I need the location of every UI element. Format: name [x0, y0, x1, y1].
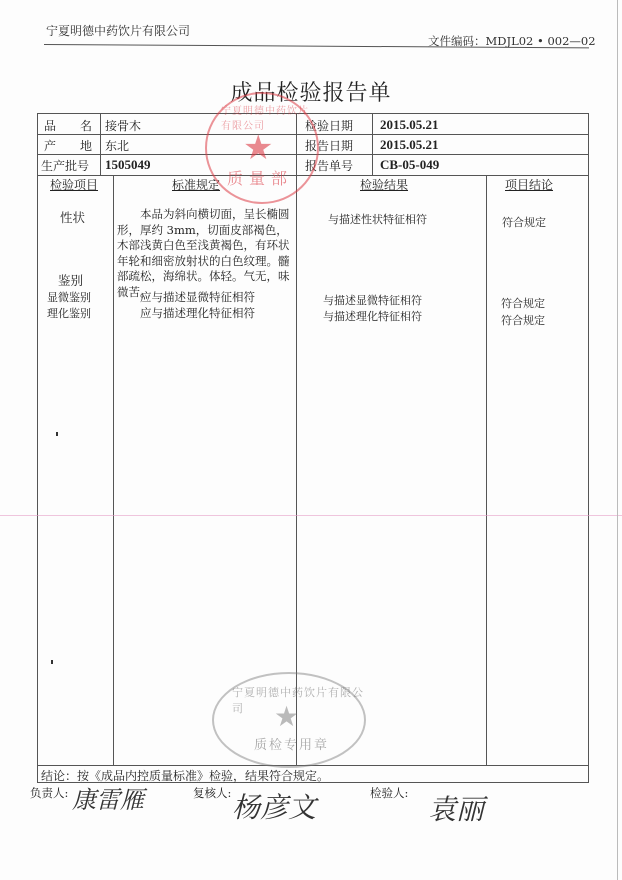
- reviewer-label: 复核人:: [193, 785, 231, 801]
- inspect-date-value: 2015.05.21: [380, 117, 439, 133]
- row-item-appearance: 性状: [60, 208, 85, 226]
- responsible-label: 负责人:: [30, 785, 68, 801]
- star-icon: ★: [274, 700, 299, 733]
- stamp-label: 质检专用章: [254, 734, 329, 753]
- scan-edge: [617, 0, 618, 880]
- scan-artifact-line: [0, 515, 622, 516]
- origin-label: 产 地: [44, 137, 92, 154]
- inspector-signature: 袁丽: [428, 788, 484, 828]
- row-result-appearance: 与描述性状特征相符: [328, 211, 427, 227]
- product-name-label: 品 名: [44, 117, 92, 134]
- stamp-label: 质量部: [227, 166, 293, 189]
- scan-mark: [51, 660, 53, 664]
- column-header-result: 检验结果: [360, 176, 408, 193]
- product-name-value: 接骨木: [105, 117, 141, 134]
- row-standard-microscopic: 应与描述显微特征相符: [140, 289, 255, 305]
- row-conclusion-microscopic: 符合规定: [501, 295, 545, 311]
- report-date-value: 2015.05.21: [380, 137, 439, 153]
- row-item-identification: 鉴别: [58, 271, 83, 289]
- report-no-value: CB-05-049: [380, 157, 439, 173]
- reviewer-signature: 杨彦文: [232, 786, 316, 826]
- star-icon: ★: [243, 128, 273, 168]
- batch-value: 1505049: [105, 157, 151, 173]
- row-conclusion-physicochemical: 符合规定: [501, 312, 545, 328]
- quality-dept-stamp: 宁夏明德中药饮片有限公司 ★ 质量部: [205, 92, 319, 204]
- company-name: 宁夏明德中药饮片有限公司: [46, 22, 190, 39]
- scan-mark: [56, 432, 58, 436]
- column-header-item: 检验项目: [50, 176, 98, 193]
- responsible-signature: 康雷雁: [72, 780, 144, 815]
- row-item-microscopic: 显微鉴别: [47, 289, 91, 305]
- row-standard-physicochemical: 应与描述理化特征相符: [140, 305, 255, 321]
- column-header-standard: 标准规定: [172, 176, 220, 193]
- row-conclusion-appearance: 符合规定: [502, 214, 546, 230]
- row-item-physicochemical: 理化鉴别: [47, 305, 91, 321]
- batch-label: 生产批号: [41, 157, 89, 174]
- row-result-microscopic: 与描述显微特征相符: [323, 292, 422, 308]
- row-standard-appearance: 本品为斜向横切面，呈长椭圆形，厚约 3mm，切面皮部褐色，木部浅黄白色至浅黄褐色…: [117, 207, 299, 300]
- column-header-conclusion: 项目结论: [505, 176, 553, 193]
- origin-value: 东北: [105, 137, 129, 154]
- qc-seal-stamp: 宁夏明德中药饮片有限公司 ★ 质检专用章: [212, 672, 366, 768]
- inspector-label: 检验人:: [370, 785, 408, 801]
- row-result-physicochemical: 与描述理化特征相符: [323, 308, 422, 324]
